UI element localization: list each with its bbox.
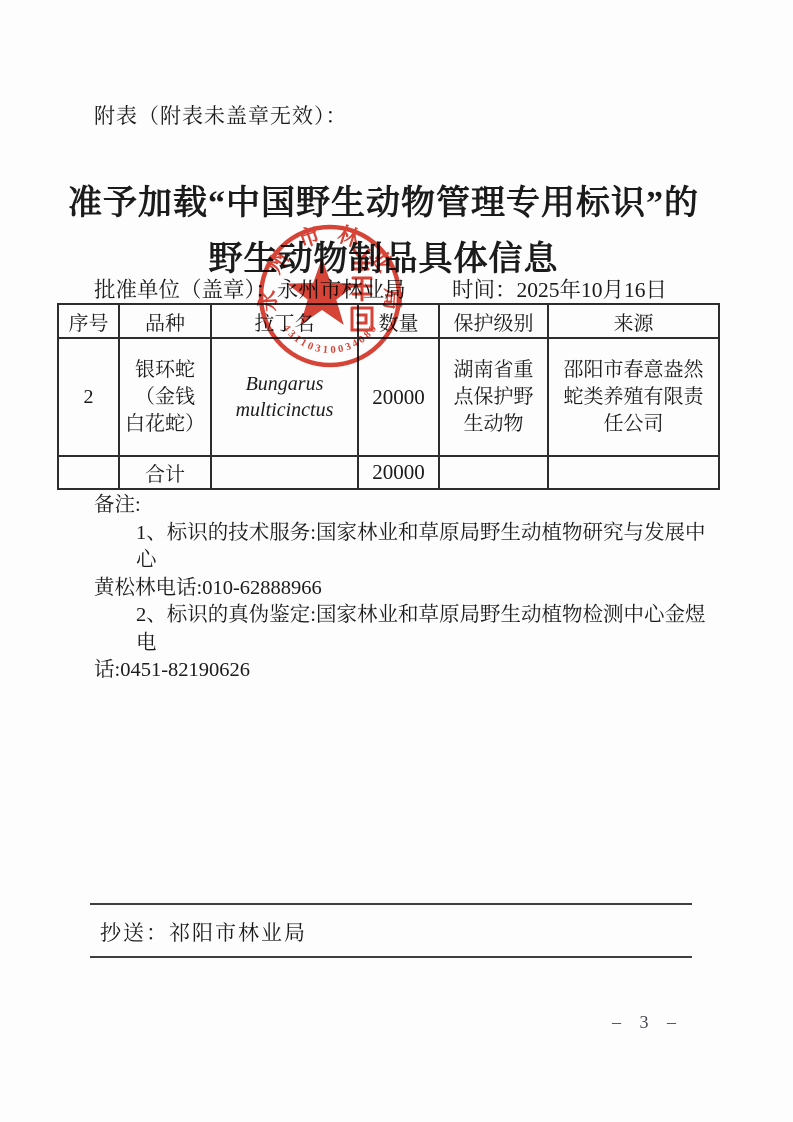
total-empty-cell: [58, 456, 119, 489]
footer-divider-bottom: [90, 956, 692, 958]
source-line: 邵阳市春意盎然: [551, 357, 716, 384]
approval-time-line: 时间：2025年10月16日: [452, 273, 667, 304]
total-row: 合计 20000: [58, 456, 719, 489]
total-empty-cell: [548, 456, 719, 489]
cell-quantity: 20000: [358, 338, 439, 456]
page-number: – 3 –: [612, 1012, 683, 1033]
cell-latin-name: Bungarus multicinctus: [211, 338, 358, 456]
header-protection: 保护级别: [439, 304, 548, 338]
source-line: 蛇类养殖有限责: [551, 384, 716, 411]
remarks-label: 备注:: [94, 492, 710, 520]
table-row: 2 银环蛇 （金钱 白花蛇） Bungarus multicinctus 200…: [58, 338, 719, 456]
remarks-block: 备注: 1、标识的技术服务:国家林业和草原局野生动植物研究与发展中心 黄松林电话…: [94, 492, 710, 685]
footer-divider-top: [90, 903, 692, 905]
products-table: 序号 品种 拉丁名 数量 保护级别 来源 2 银环蛇 （金钱 白花蛇） Bung…: [57, 303, 720, 490]
title-line-1: 准予加载“中国野生动物管理专用标识”的: [0, 176, 780, 232]
source-line: 任公司: [551, 411, 716, 438]
cell-protection-level: 湖南省重 点保护野 生动物: [439, 338, 548, 456]
remarks-line: 黄松林电话:010-62888966: [94, 575, 710, 603]
total-label-cell: 合计: [119, 456, 211, 489]
cell-seq: 2: [58, 338, 119, 456]
header-latin: 拉丁名: [211, 304, 358, 338]
remarks-line: 1、标识的技术服务:国家林业和草原局野生动植物研究与发展中心: [94, 520, 710, 575]
header-seq: 序号: [58, 304, 119, 338]
total-empty-cell: [439, 456, 548, 489]
cc-line: 抄送：祁阳市林业局: [100, 917, 307, 947]
remarks-line: 2、标识的真伪鉴定:国家林业和草原局野生动植物检测中心金煜电: [94, 602, 710, 657]
header-quantity: 数量: [358, 304, 439, 338]
document-title: 准予加载“中国野生动物管理专用标识”的 野生动物制品具体信息: [0, 176, 780, 288]
protection-line: 生动物: [442, 411, 545, 438]
remarks-line: 话:0451-82190626: [94, 657, 710, 685]
latin-line: multicinctus: [214, 397, 355, 423]
cell-source: 邵阳市春意盎然 蛇类养殖有限责 任公司: [548, 338, 719, 456]
attachment-note: 附表（附表未盖章无效）：: [94, 100, 348, 130]
total-quantity-cell: 20000: [358, 456, 439, 489]
latin-line: Bungarus: [214, 371, 355, 397]
species-line: 白花蛇）: [122, 411, 208, 438]
total-empty-cell: [211, 456, 358, 489]
species-line: 银环蛇: [122, 357, 208, 384]
document-page: 附表（附表未盖章无效）： 准予加载“中国野生动物管理专用标识”的 野生动物制品具…: [0, 0, 793, 1122]
protection-line: 湖南省重: [442, 357, 545, 384]
approval-unit-line: 批准单位（盖章）：永州市林业局: [94, 273, 406, 304]
table-header-row: 序号 品种 拉丁名 数量 保护级别 来源: [58, 304, 719, 338]
cell-species: 银环蛇 （金钱 白花蛇）: [119, 338, 211, 456]
species-line: （金钱: [122, 384, 208, 411]
protection-line: 点保护野: [442, 384, 545, 411]
header-species: 品种: [119, 304, 211, 338]
header-source: 来源: [548, 304, 719, 338]
